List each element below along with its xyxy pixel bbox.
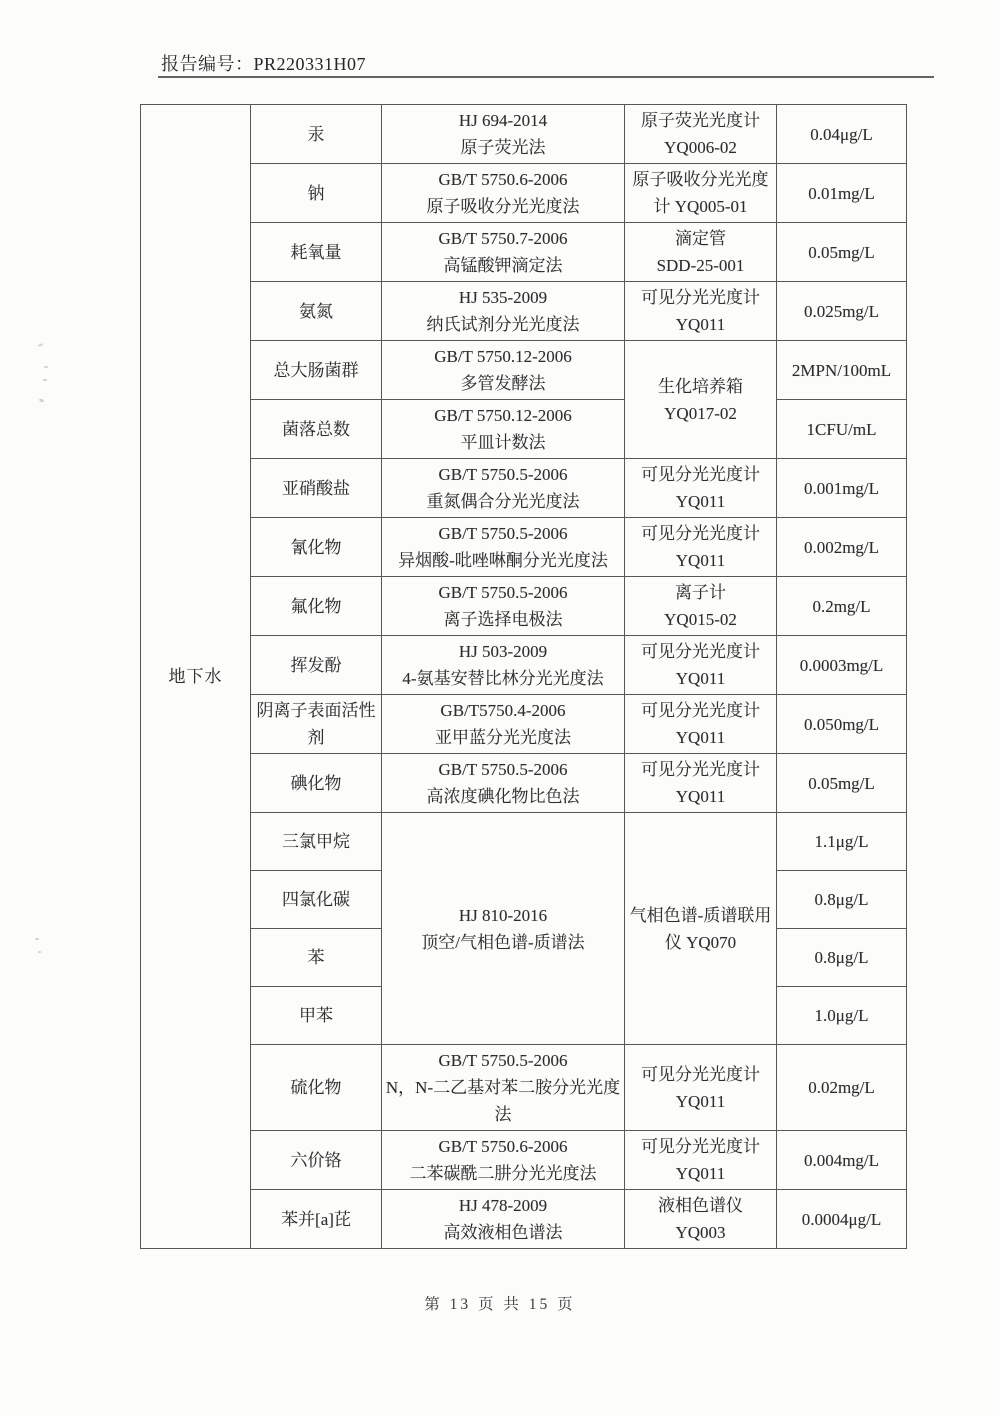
param-cell: 钠 — [251, 164, 382, 223]
instrument-name: 可见分光光度计 — [628, 1133, 773, 1160]
instrument-name: 可见分光光度计 — [628, 756, 773, 783]
instrument-name: 可见分光光度计 — [628, 284, 773, 311]
method-name: 高浓度碘化物比色法 — [385, 783, 621, 810]
table-row: 挥发酚 HJ 503-20094-氨基安替比林分光光度法 可见分光光度计YQ01… — [141, 636, 907, 695]
table-row: 硫化物 GB/T 5750.5-2006N，N-二乙基对苯二胺分光光度法 可见分… — [141, 1045, 907, 1131]
instrument-cell-merged: 气相色谱-质谱联用仪 YQ070 — [625, 813, 777, 1045]
method-name: 原子吸收分光光度法 — [385, 193, 621, 220]
method-name: 平皿计数法 — [385, 429, 621, 456]
page-number: 第 13 页 共 15 页 — [0, 1292, 1000, 1314]
table-row: 六价铬 GB/T 5750.6-2006二苯碳酰二肼分光光度法 可见分光光度计Y… — [141, 1131, 907, 1190]
method-standard: HJ 810-2016 — [385, 902, 621, 929]
method-cell: GB/T 5750.7-2006高锰酸钾滴定法 — [382, 223, 625, 282]
instrument-name: 原子吸收分光光度 — [628, 166, 773, 193]
method-name: 重氮偶合分光光度法 — [385, 488, 621, 515]
method-name: 二苯碳酰二肼分光光度法 — [385, 1160, 621, 1187]
instrument-cell-merged: 生化培养箱YQ017-02 — [625, 341, 777, 459]
category-cell: 地下水 — [141, 105, 251, 1249]
method-cell: GB/T 5750.5-2006离子选择电极法 — [382, 577, 625, 636]
method-standard: GB/T 5750.6-2006 — [385, 1133, 621, 1160]
method-standard: GB/T 5750.7-2006 — [385, 225, 621, 252]
instrument-cell: 可见分光光度计YQ011 — [625, 1131, 777, 1190]
table-row: 氟化物 GB/T 5750.5-2006离子选择电极法 离子计YQ015-02 … — [141, 577, 907, 636]
instrument-code: YQ006-02 — [628, 134, 773, 161]
method-cell: HJ 478-2009高效液相色谱法 — [382, 1190, 625, 1249]
table-row: 耗氧量 GB/T 5750.7-2006高锰酸钾滴定法 滴定管SDD-25-00… — [141, 223, 907, 282]
instrument-name: 离子计 — [628, 579, 773, 606]
method-standard: HJ 478-2009 — [385, 1192, 621, 1219]
scan-artifact — [39, 398, 45, 403]
method-cell: GB/T 5750.5-2006N，N-二乙基对苯二胺分光光度法 — [382, 1045, 625, 1131]
method-name: 纳氏试剂分光光度法 — [385, 311, 621, 338]
instrument-cell: 可见分光光度计YQ011 — [625, 282, 777, 341]
method-cell: HJ 503-20094-氨基安替比林分光光度法 — [382, 636, 625, 695]
scan-artifact — [43, 379, 47, 381]
method-standard: GB/T 5750.6-2006 — [385, 166, 621, 193]
table-row: 碘化物 GB/T 5750.5-2006高浓度碘化物比色法 可见分光光度计YQ0… — [141, 754, 907, 813]
method-standard: HJ 535-2009 — [385, 284, 621, 311]
instrument-cell: 离子计YQ015-02 — [625, 577, 777, 636]
limit-cell: 0.050mg/L — [777, 695, 907, 754]
method-cell: HJ 694-2014原子荧光法 — [382, 105, 625, 164]
category-label: 地下水 — [144, 663, 247, 690]
method-cell: GB/T5750.4-2006亚甲蓝分光光度法 — [382, 695, 625, 754]
scan-artifact — [38, 951, 41, 953]
instrument-name: 液相色谱仪 — [628, 1192, 773, 1219]
table-row: 地下水 汞 HJ 694-2014原子荧光法 原子荧光光度计YQ006-02 0… — [141, 105, 907, 164]
instrument-code: YQ011 — [628, 311, 773, 338]
param-cell: 总大肠菌群 — [251, 341, 382, 400]
limit-cell: 1.0μg/L — [777, 987, 907, 1045]
limit-cell: 0.05mg/L — [777, 223, 907, 282]
method-standard: GB/T 5750.12-2006 — [385, 402, 621, 429]
method-name: 原子荧光法 — [385, 134, 621, 161]
method-name: 离子选择电极法 — [385, 606, 621, 633]
instrument-name: 可见分光光度计 — [628, 1061, 773, 1088]
limit-cell: 0.025mg/L — [777, 282, 907, 341]
header-underline — [158, 76, 934, 78]
instrument-cell: 滴定管SDD-25-001 — [625, 223, 777, 282]
method-cell: GB/T 5750.12-2006平皿计数法 — [382, 400, 625, 459]
limit-cell: 0.05mg/L — [777, 754, 907, 813]
limit-cell: 2MPN/100mL — [777, 341, 907, 400]
method-cell: GB/T 5750.12-2006多管发酵法 — [382, 341, 625, 400]
table-row: 菌落总数 GB/T 5750.12-2006平皿计数法 1CFU/mL — [141, 400, 907, 459]
instrument-code: 仪 YQ070 — [628, 929, 773, 956]
table-row: 亚硝酸盐 GB/T 5750.5-2006重氮偶合分光光度法 可见分光光度计YQ… — [141, 459, 907, 518]
instrument-name: 可见分光光度计 — [628, 638, 773, 665]
param-cell: 汞 — [251, 105, 382, 164]
instrument-name: 可见分光光度计 — [628, 520, 773, 547]
param-cell: 四氯化碳 — [251, 871, 382, 929]
table-row: 氨氮 HJ 535-2009纳氏试剂分光光度法 可见分光光度计YQ011 0.0… — [141, 282, 907, 341]
scan-artifact — [35, 938, 39, 940]
instrument-cell: 可见分光光度计YQ011 — [625, 1045, 777, 1131]
method-cell: GB/T 5750.5-2006重氮偶合分光光度法 — [382, 459, 625, 518]
instrument-cell: 可见分光光度计YQ011 — [625, 518, 777, 577]
instrument-cell: 可见分光光度计YQ011 — [625, 459, 777, 518]
method-name: 异烟酸-吡唑啉酮分光光度法 — [385, 547, 621, 574]
instrument-code: SDD-25-001 — [628, 252, 773, 279]
param-cell: 菌落总数 — [251, 400, 382, 459]
param-cell: 耗氧量 — [251, 223, 382, 282]
method-cell: GB/T 5750.6-2006二苯碳酰二肼分光光度法 — [382, 1131, 625, 1190]
instrument-code: YQ017-02 — [628, 400, 773, 427]
method-name: 多管发酵法 — [385, 370, 621, 397]
scan-artifact — [44, 366, 48, 368]
param-cell: 硫化物 — [251, 1045, 382, 1131]
instrument-code: YQ011 — [628, 783, 773, 810]
param-cell: 苯并[a]芘 — [251, 1190, 382, 1249]
instrument-code: 计 YQ005-01 — [628, 193, 773, 220]
instrument-name: 气相色谱-质谱联用 — [628, 902, 773, 929]
limit-cell: 0.0003mg/L — [777, 636, 907, 695]
param-cell: 苯 — [251, 929, 382, 987]
instrument-cell: 可见分光光度计YQ011 — [625, 636, 777, 695]
limit-cell: 0.8μg/L — [777, 871, 907, 929]
table-row: 苯并[a]芘 HJ 478-2009高效液相色谱法 液相色谱仪YQ003 0.0… — [141, 1190, 907, 1249]
method-standard: HJ 503-2009 — [385, 638, 621, 665]
instrument-code: YQ011 — [628, 1088, 773, 1115]
instrument-cell: 可见分光光度计YQ011 — [625, 754, 777, 813]
table-row: 阴离子表面活性剂 GB/T5750.4-2006亚甲蓝分光光度法 可见分光光度计… — [141, 695, 907, 754]
method-standard: GB/T 5750.12-2006 — [385, 343, 621, 370]
instrument-cell: 原子荧光光度计YQ006-02 — [625, 105, 777, 164]
limit-cell: 0.002mg/L — [777, 518, 907, 577]
method-name: N，N-二乙基对苯二胺分光光度法 — [385, 1074, 621, 1128]
limit-cell: 0.02mg/L — [777, 1045, 907, 1131]
instrument-name: 滴定管 — [628, 225, 773, 252]
scan-artifact — [38, 343, 43, 347]
method-standard: GB/T5750.4-2006 — [385, 697, 621, 724]
instrument-code: YQ011 — [628, 724, 773, 751]
param-cell: 三氯甲烷 — [251, 813, 382, 871]
limit-cell: 0.0004μg/L — [777, 1190, 907, 1249]
test-method-table: 地下水 汞 HJ 694-2014原子荧光法 原子荧光光度计YQ006-02 0… — [140, 104, 907, 1249]
limit-cell: 0.8μg/L — [777, 929, 907, 987]
report-number: 报告编号：PR220331H07 — [161, 50, 366, 76]
method-standard: GB/T 5750.5-2006 — [385, 461, 621, 488]
param-cell: 亚硝酸盐 — [251, 459, 382, 518]
param-cell: 氨氮 — [251, 282, 382, 341]
instrument-cell: 原子吸收分光光度计 YQ005-01 — [625, 164, 777, 223]
instrument-code: YQ003 — [628, 1219, 773, 1246]
method-standard: HJ 694-2014 — [385, 107, 621, 134]
instrument-name: 生化培养箱 — [628, 373, 773, 400]
param-cell: 六价铬 — [251, 1131, 382, 1190]
instrument-name: 原子荧光光度计 — [628, 107, 773, 134]
instrument-cell: 可见分光光度计YQ011 — [625, 695, 777, 754]
instrument-code: YQ015-02 — [628, 606, 773, 633]
instrument-name: 可见分光光度计 — [628, 461, 773, 488]
limit-cell: 0.01mg/L — [777, 164, 907, 223]
param-cell: 氟化物 — [251, 577, 382, 636]
param-cell: 氰化物 — [251, 518, 382, 577]
method-name: 顶空/气相色谱-质谱法 — [385, 929, 621, 956]
param-cell: 阴离子表面活性剂 — [251, 695, 382, 754]
method-standard: GB/T 5750.5-2006 — [385, 1047, 621, 1074]
instrument-code: YQ011 — [628, 547, 773, 574]
method-cell: GB/T 5750.5-2006高浓度碘化物比色法 — [382, 754, 625, 813]
instrument-code: YQ011 — [628, 488, 773, 515]
param-cell: 碘化物 — [251, 754, 382, 813]
method-name: 亚甲蓝分光光度法 — [385, 724, 621, 751]
table-row: 氰化物 GB/T 5750.5-2006异烟酸-吡唑啉酮分光光度法 可见分光光度… — [141, 518, 907, 577]
table-row: 钠 GB/T 5750.6-2006原子吸收分光光度法 原子吸收分光光度计 YQ… — [141, 164, 907, 223]
method-cell: HJ 535-2009纳氏试剂分光光度法 — [382, 282, 625, 341]
method-cell-merged: HJ 810-2016顶空/气相色谱-质谱法 — [382, 813, 625, 1045]
method-standard: GB/T 5750.5-2006 — [385, 756, 621, 783]
param-cell: 甲苯 — [251, 987, 382, 1045]
limit-cell: 1CFU/mL — [777, 400, 907, 459]
method-name: 4-氨基安替比林分光光度法 — [385, 665, 621, 692]
report-number-value: PR220331H07 — [254, 54, 367, 74]
instrument-code: YQ011 — [628, 1160, 773, 1187]
table-row: 三氯甲烷 HJ 810-2016顶空/气相色谱-质谱法 气相色谱-质谱联用仪 Y… — [141, 813, 907, 871]
param-cell: 挥发酚 — [251, 636, 382, 695]
instrument-cell: 液相色谱仪YQ003 — [625, 1190, 777, 1249]
limit-cell: 1.1μg/L — [777, 813, 907, 871]
method-name: 高效液相色谱法 — [385, 1219, 621, 1246]
instrument-name: 可见分光光度计 — [628, 697, 773, 724]
document-page: 报告编号：PR220331H07 地下水 汞 HJ 694-2014原子荧光法 … — [0, 0, 1000, 1415]
report-number-label: 报告编号： — [161, 54, 254, 74]
method-cell: GB/T 5750.5-2006异烟酸-吡唑啉酮分光光度法 — [382, 518, 625, 577]
method-cell: GB/T 5750.6-2006原子吸收分光光度法 — [382, 164, 625, 223]
table-row: 总大肠菌群 GB/T 5750.12-2006多管发酵法 生化培养箱YQ017-… — [141, 341, 907, 400]
limit-cell: 0.001mg/L — [777, 459, 907, 518]
method-name: 高锰酸钾滴定法 — [385, 252, 621, 279]
instrument-code: YQ011 — [628, 665, 773, 692]
limit-cell: 0.2mg/L — [777, 577, 907, 636]
method-standard: GB/T 5750.5-2006 — [385, 520, 621, 547]
method-standard: GB/T 5750.5-2006 — [385, 579, 621, 606]
limit-cell: 0.004mg/L — [777, 1131, 907, 1190]
limit-cell: 0.04μg/L — [777, 105, 907, 164]
